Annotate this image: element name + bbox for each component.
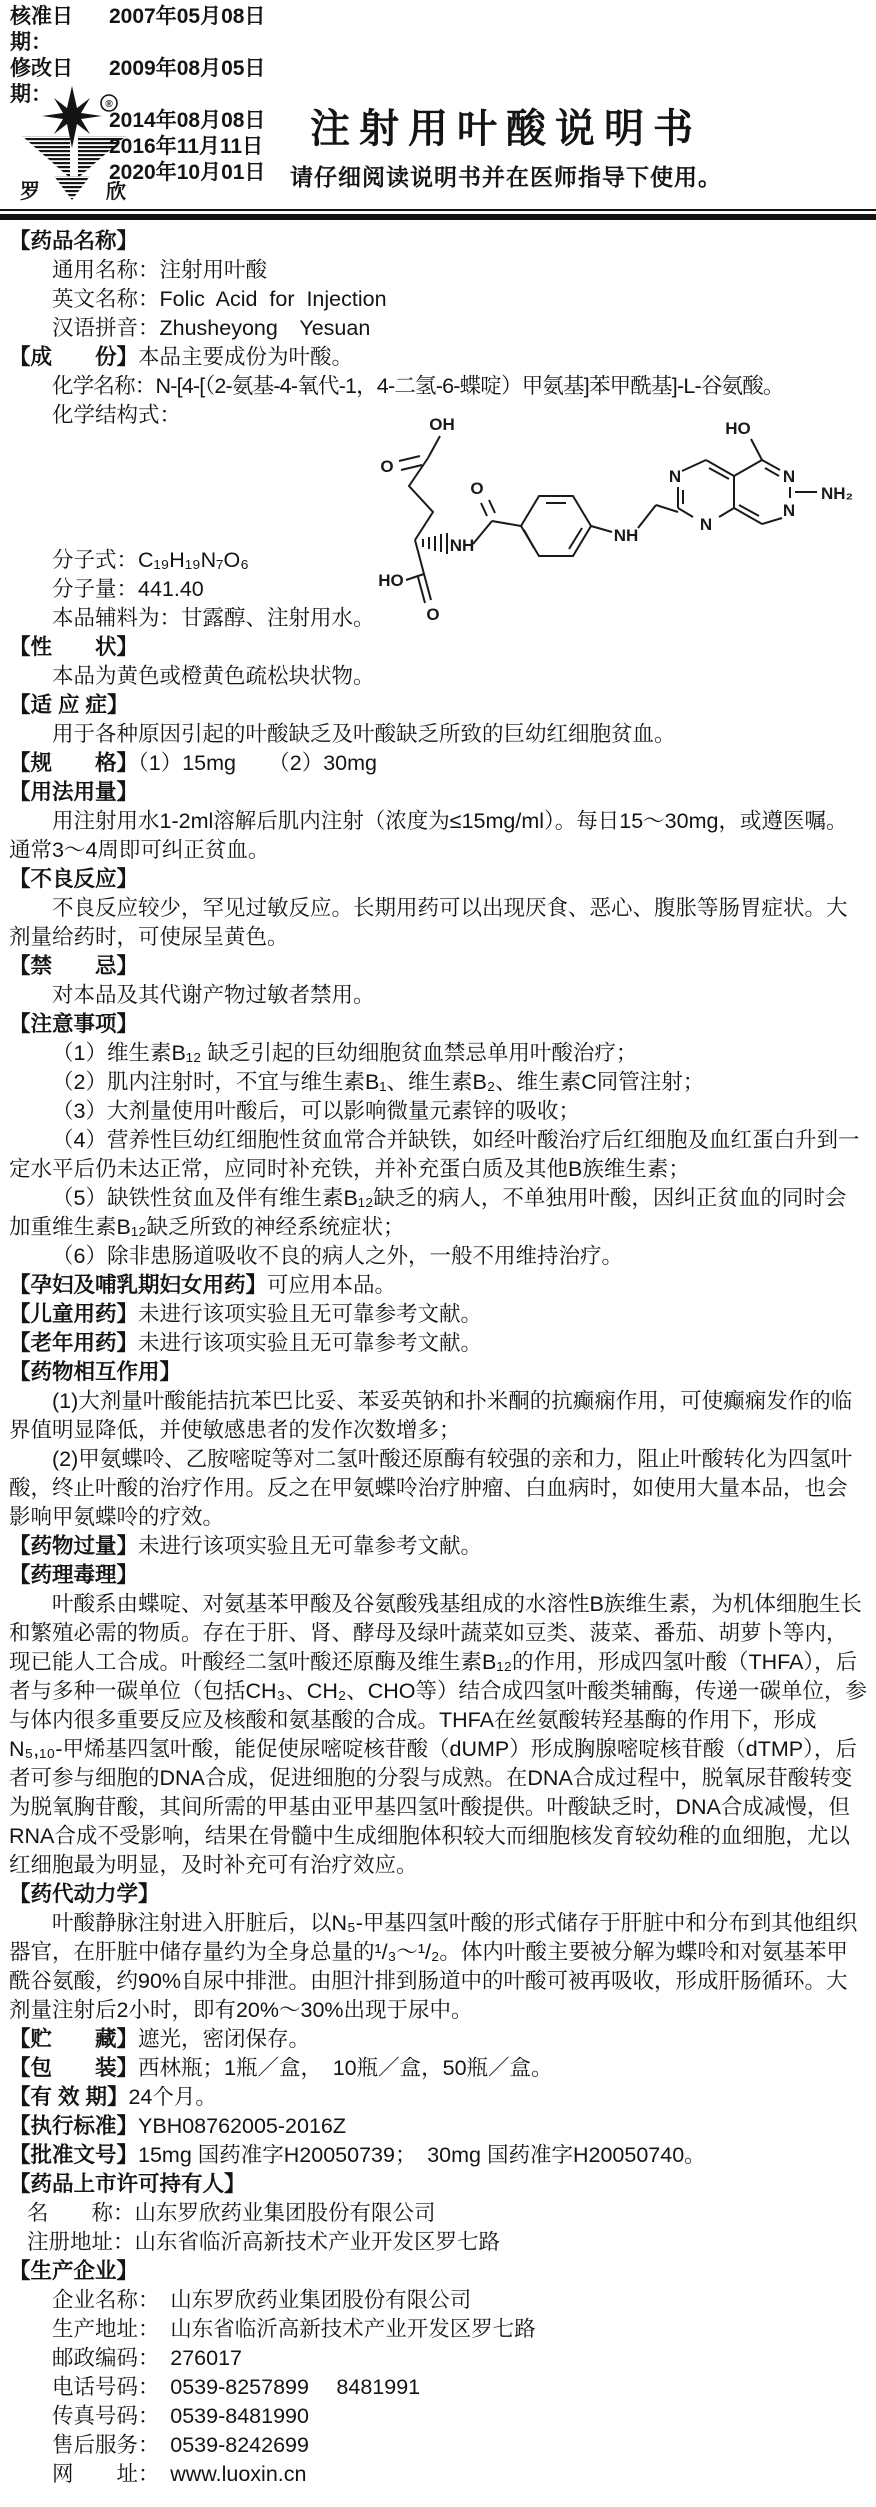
- precaution-item: （1）维生素B₁₂ 缺乏引起的巨幼细胞贫血禁忌单用叶酸治疗；: [9, 1039, 867, 1068]
- section-header-mah: 【药品上市许可持有人】: [9, 2170, 867, 2199]
- section-overdose: 【药物过量】未进行该项实验且无可靠参考文献。: [9, 1532, 867, 1561]
- section-standard: 【执行标准】YBH08762005-2016Z: [9, 2112, 867, 2141]
- manufacturer-row: 企业名称： 山东罗欣药业集团股份有限公司: [9, 2286, 867, 2315]
- molecular-formula: 分子式：C₁₉H₁₉N₇O₆: [9, 546, 867, 575]
- page-title: 注射用叶酸说明书: [150, 106, 862, 152]
- english-name: 英文名称：Folic Acid for Injection: [9, 285, 867, 314]
- insert-body: 【药品名称】 通用名称：注射用叶酸 英文名称：Folic Acid for In…: [0, 220, 876, 2489]
- atom-nh: NH: [614, 526, 639, 545]
- brand-char-right: 欣: [106, 179, 126, 203]
- manufacturer-row: 生产地址： 山东省临沂高新技术产业开发区罗七路: [9, 2315, 867, 2344]
- chemical-name: 化学名称：N-[4-[（2-氨基-4-氧代-1，4-二氢-6-蝶啶）甲氨基]苯甲…: [9, 372, 867, 401]
- title-block: 注射用叶酸说明书 请仔细阅读说明书并在医师指导下使用。: [150, 106, 862, 192]
- atom-n: N: [669, 467, 681, 486]
- section-header-manufacturer: 【生产企业】: [9, 2257, 867, 2286]
- manufacturer-row: 售后服务： 0539-8242699: [9, 2431, 867, 2460]
- package-insert-page: 核准日期： 2007年05月08日 修改日期： 2009年08月05日 2014…: [0, 0, 876, 2507]
- adverse-text: 不良反应较少，罕见过敏反应。长期用药可以出现厌食、恶心、腹胀等肠胃症状。大剂量给…: [9, 894, 867, 952]
- section-header-pharmacokinetics: 【药代动力学】: [9, 1880, 867, 1909]
- section-header-contraindications: 【禁 忌】: [9, 952, 867, 981]
- section-header-indications: 【适 应 症】: [9, 691, 867, 720]
- section-header-storage: 【贮 藏】: [9, 2027, 138, 2051]
- section-storage: 【贮 藏】遮光，密闭保存。: [9, 2025, 867, 2054]
- atom-o: O: [380, 457, 393, 476]
- approval-date-label: 核准日期：: [10, 4, 109, 56]
- precaution-item: （6）除非患肠道吸收不良的病人之外，一般不用维持治疗。: [9, 1242, 867, 1271]
- section-header-composition: 【成 份】: [9, 345, 138, 369]
- section-header-strength: 【规 格】: [9, 751, 138, 775]
- logo-left-wing: [22, 136, 70, 178]
- contraindications-text: 对本品及其代谢产物过敏者禁用。: [9, 981, 867, 1010]
- approval-date-row: 核准日期： 2007年05月08日: [10, 4, 265, 56]
- precaution-item: （2）肌内注射时，不宜与维生素B₁、维生素B₂、维生素C同管注射；: [9, 1068, 867, 1097]
- masthead: 核准日期： 2007年05月08日 修改日期： 2009年08月05日 2014…: [0, 0, 876, 209]
- atom-n: N: [783, 467, 795, 486]
- section-header-description: 【性 状】: [9, 633, 867, 662]
- pinyin-name: 汉语拼音：Zhusheyong Yesuan: [9, 314, 867, 343]
- pharmacokinetics-text: 叶酸静脉注射进入肝脏后，以N₅-甲基四氢叶酸的形式储存于肝脏中和分布到其他组织器…: [9, 1909, 867, 2025]
- mah-address: 注册地址：山东省临沂高新技术产业开发区罗七路: [9, 2228, 867, 2257]
- divider-thin: [0, 209, 876, 211]
- validity-inline: 24个月。: [128, 2085, 216, 2109]
- logo-right-wing: [78, 136, 126, 178]
- section-composition: 【成 份】本品主要成份为叶酸。: [9, 343, 867, 372]
- brand-char-left: 罗: [20, 180, 40, 203]
- excipients: 本品辅料为：甘露醇、注射用水。: [9, 604, 867, 633]
- section-header-drug-name: 【药品名称】: [9, 227, 867, 256]
- indications-text: 用于各种原因引起的叶酸缺乏及叶酸缺乏所致的巨幼红细胞贫血。: [9, 720, 867, 749]
- pediatric-inline: 未进行该项实验且无可靠参考文献。: [138, 1302, 482, 1326]
- structure-label: 化学结构式：: [9, 401, 867, 430]
- section-header-pregnancy: 【孕妇及哺乳期妇女用药】: [9, 1273, 267, 1297]
- pregnancy-inline: 可应用本品。: [267, 1273, 396, 1297]
- geriatric-inline: 未进行该项实验且无可靠参考文献。: [138, 1331, 482, 1355]
- luoxin-logo-icon: ® 罗 欣: [10, 86, 138, 209]
- page-subtitle: 请仔细阅读说明书并在医师指导下使用。: [150, 159, 862, 192]
- registered-mark: ®: [105, 99, 113, 110]
- precaution-item: （3）大剂量使用叶酸后，可以影响微量元素锌的吸收；: [9, 1097, 867, 1126]
- section-header-interactions: 【药物相互作用】: [9, 1358, 867, 1387]
- section-header-precautions: 【注意事项】: [9, 1010, 867, 1039]
- section-pediatric: 【儿童用药】未进行该项实验且无可靠参考文献。: [9, 1300, 867, 1329]
- section-validity: 【有 效 期】24个月。: [9, 2083, 867, 2112]
- section-header-overdose: 【药物过量】: [9, 1534, 138, 1558]
- manufacturer-row: 邮政编码： 276017: [9, 2344, 867, 2373]
- section-header-approval-no: 【批准文号】: [9, 2143, 138, 2167]
- atom-o: O: [470, 479, 483, 498]
- description-text: 本品为黄色或橙黄色疏松块状物。: [9, 662, 867, 691]
- mah-name: 名 称：山东罗欣药业集团股份有限公司: [9, 2199, 867, 2228]
- packaging-inline: 西林瓶；1瓶／盒， 10瓶／盒，50瓶／盒。: [138, 2056, 553, 2080]
- section-header-dosage: 【用法用量】: [9, 778, 867, 807]
- interaction-item: (1)大剂量叶酸能拮抗苯巴比妥、苯妥英钠和扑米酮的抗癫痫作用，可使癫痫发作的临界…: [9, 1387, 867, 1445]
- interaction-item: (2)甲氨蝶呤、乙胺嘧啶等对二氢叶酸还原酶有较强的亲和力，阻止叶酸转化为四氢叶酸…: [9, 1445, 867, 1532]
- section-strength: 【规 格】（1）15mg （2）30mg: [9, 749, 867, 778]
- generic-name: 通用名称：注射用叶酸: [9, 256, 867, 285]
- chemical-structure-row: OH O NH HO O: [9, 430, 867, 546]
- section-header-validity: 【有 效 期】: [9, 2085, 128, 2109]
- approval-no-inline: 15mg 国药准字H20050739； 30mg 国药准字H20050740。: [138, 2143, 706, 2167]
- section-approval-no: 【批准文号】15mg 国药准字H20050739； 30mg 国药准字H2005…: [9, 2141, 867, 2170]
- overdose-inline: 未进行该项实验且无可靠参考文献。: [138, 1534, 482, 1558]
- manufacturer-row: 传真号码： 0539-8481990: [9, 2402, 867, 2431]
- atom-n: N: [783, 501, 795, 520]
- standard-inline: YBH08762005-2016Z: [138, 2114, 346, 2138]
- manufacturer-row: 电话号码： 0539-8257899 8481991: [9, 2373, 867, 2402]
- section-header-packaging: 【包 装】: [9, 2056, 138, 2080]
- dosage-text: 用注射用水1-2ml溶解后肌内注射（浓度为≤15mg/ml）。每日15～30mg…: [9, 807, 867, 865]
- precaution-item: （5）缺铁性贫血及伴有维生素B₁₂缺乏的病人，不单独用叶酸，因纠正贫血的同时会加…: [9, 1184, 867, 1242]
- manufacturer-row: 网 址： www.luoxin.cn: [9, 2460, 867, 2489]
- precaution-item: （4）营养性巨幼红细胞性贫血常合并缺铁，如经叶酸治疗后红细胞及血红蛋白升到一定水…: [9, 1126, 867, 1184]
- section-packaging: 【包 装】西林瓶；1瓶／盒， 10瓶／盒，50瓶／盒。: [9, 2054, 867, 2083]
- section-pregnancy: 【孕妇及哺乳期妇女用药】可应用本品。: [9, 1271, 867, 1300]
- atom-nh2: NH₂: [821, 484, 853, 503]
- section-header-pediatric: 【儿童用药】: [9, 1302, 138, 1326]
- section-header-standard: 【执行标准】: [9, 2114, 138, 2138]
- composition-inline: 本品主要成份为叶酸。: [138, 345, 353, 369]
- section-header-adverse: 【不良反应】: [9, 865, 867, 894]
- molecular-weight: 分子量：441.40: [9, 575, 867, 604]
- logo-tail: [54, 176, 90, 200]
- section-geriatric: 【老年用药】未进行该项实验且无可靠参考文献。: [9, 1329, 867, 1358]
- strength-inline: （1）15mg （2）30mg: [138, 751, 377, 775]
- atom-n: N: [700, 515, 712, 534]
- pharmacology-text: 叶酸系由蝶啶、对氨基苯甲酸及谷氨酸残基组成的水溶性B族维生素，为机体细胞生长和繁…: [9, 1590, 867, 1880]
- section-header-geriatric: 【老年用药】: [9, 1331, 138, 1355]
- approval-date-value: 2007年05月08日: [109, 4, 265, 56]
- storage-inline: 遮光，密闭保存。: [138, 2027, 310, 2051]
- section-header-pharmacology: 【药理毒理】: [9, 1561, 867, 1590]
